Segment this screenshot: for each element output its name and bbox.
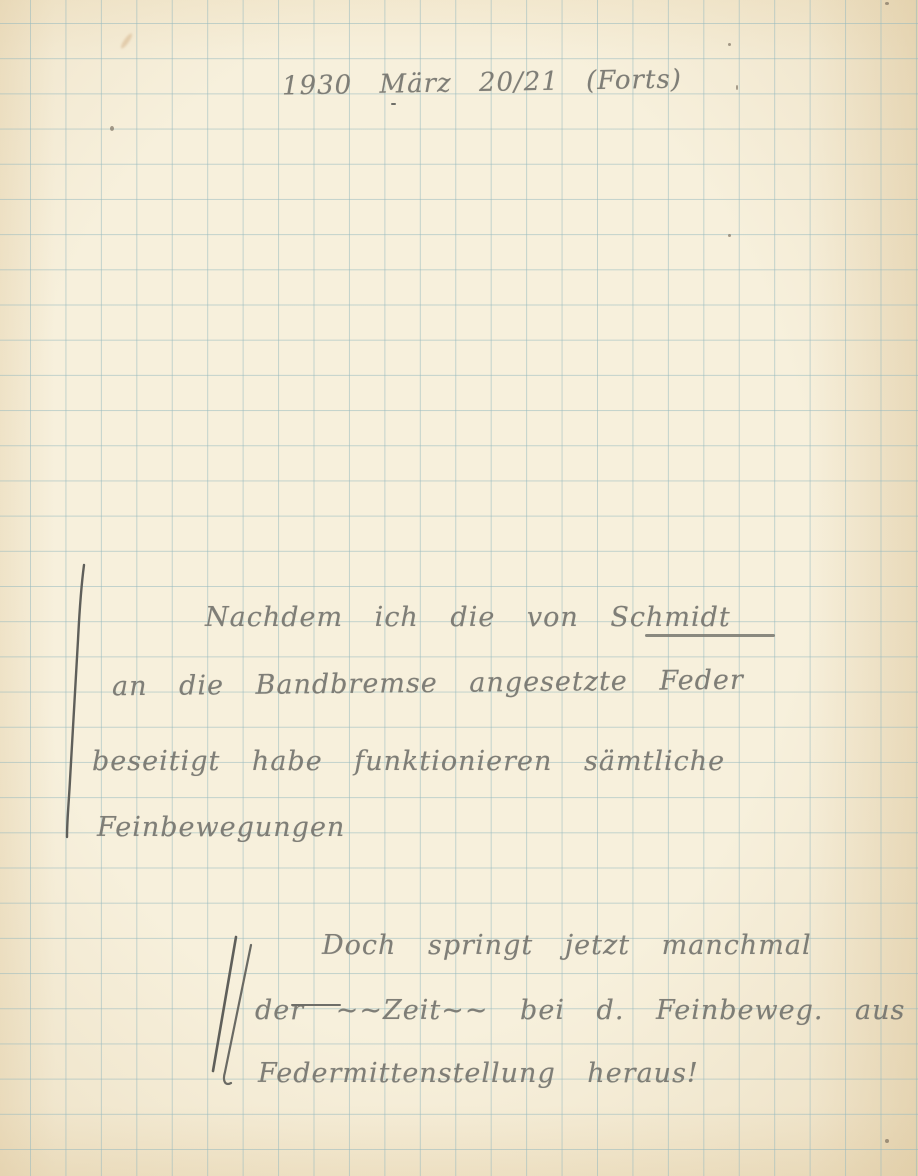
- paragraph-1-line-3: beseitigt habe funktionieren sämtliche: [92, 746, 725, 777]
- paper-speck: [728, 43, 731, 46]
- paragraph-1-line-2: an die Bandbremse angesetzte Feder: [112, 665, 744, 703]
- paper-speck: [110, 126, 114, 131]
- paragraph-1-line-4: Feinbewegungen: [97, 812, 345, 843]
- paper-speck: [728, 234, 731, 237]
- paragraph-2-line-1: Doch springt jetzt manchmal: [322, 930, 812, 961]
- paragraph-2-line-3: Federmittenstellung heraus!: [258, 1058, 699, 1089]
- paper-speck: [885, 2, 889, 5]
- schmidt-underline: [645, 634, 775, 637]
- paper-speck: [885, 1139, 889, 1143]
- paragraph-2-line-2: der ~~Zeit~~ bei d. Feinbeweg. aus ihrer: [255, 995, 918, 1026]
- paragraph-1-line-1: Nachdem ich die von Schmidt: [205, 602, 731, 633]
- paper-speck: [736, 85, 738, 90]
- notebook-page: 1930 März 20/21 (Forts) Nachdem ich die …: [0, 0, 918, 1176]
